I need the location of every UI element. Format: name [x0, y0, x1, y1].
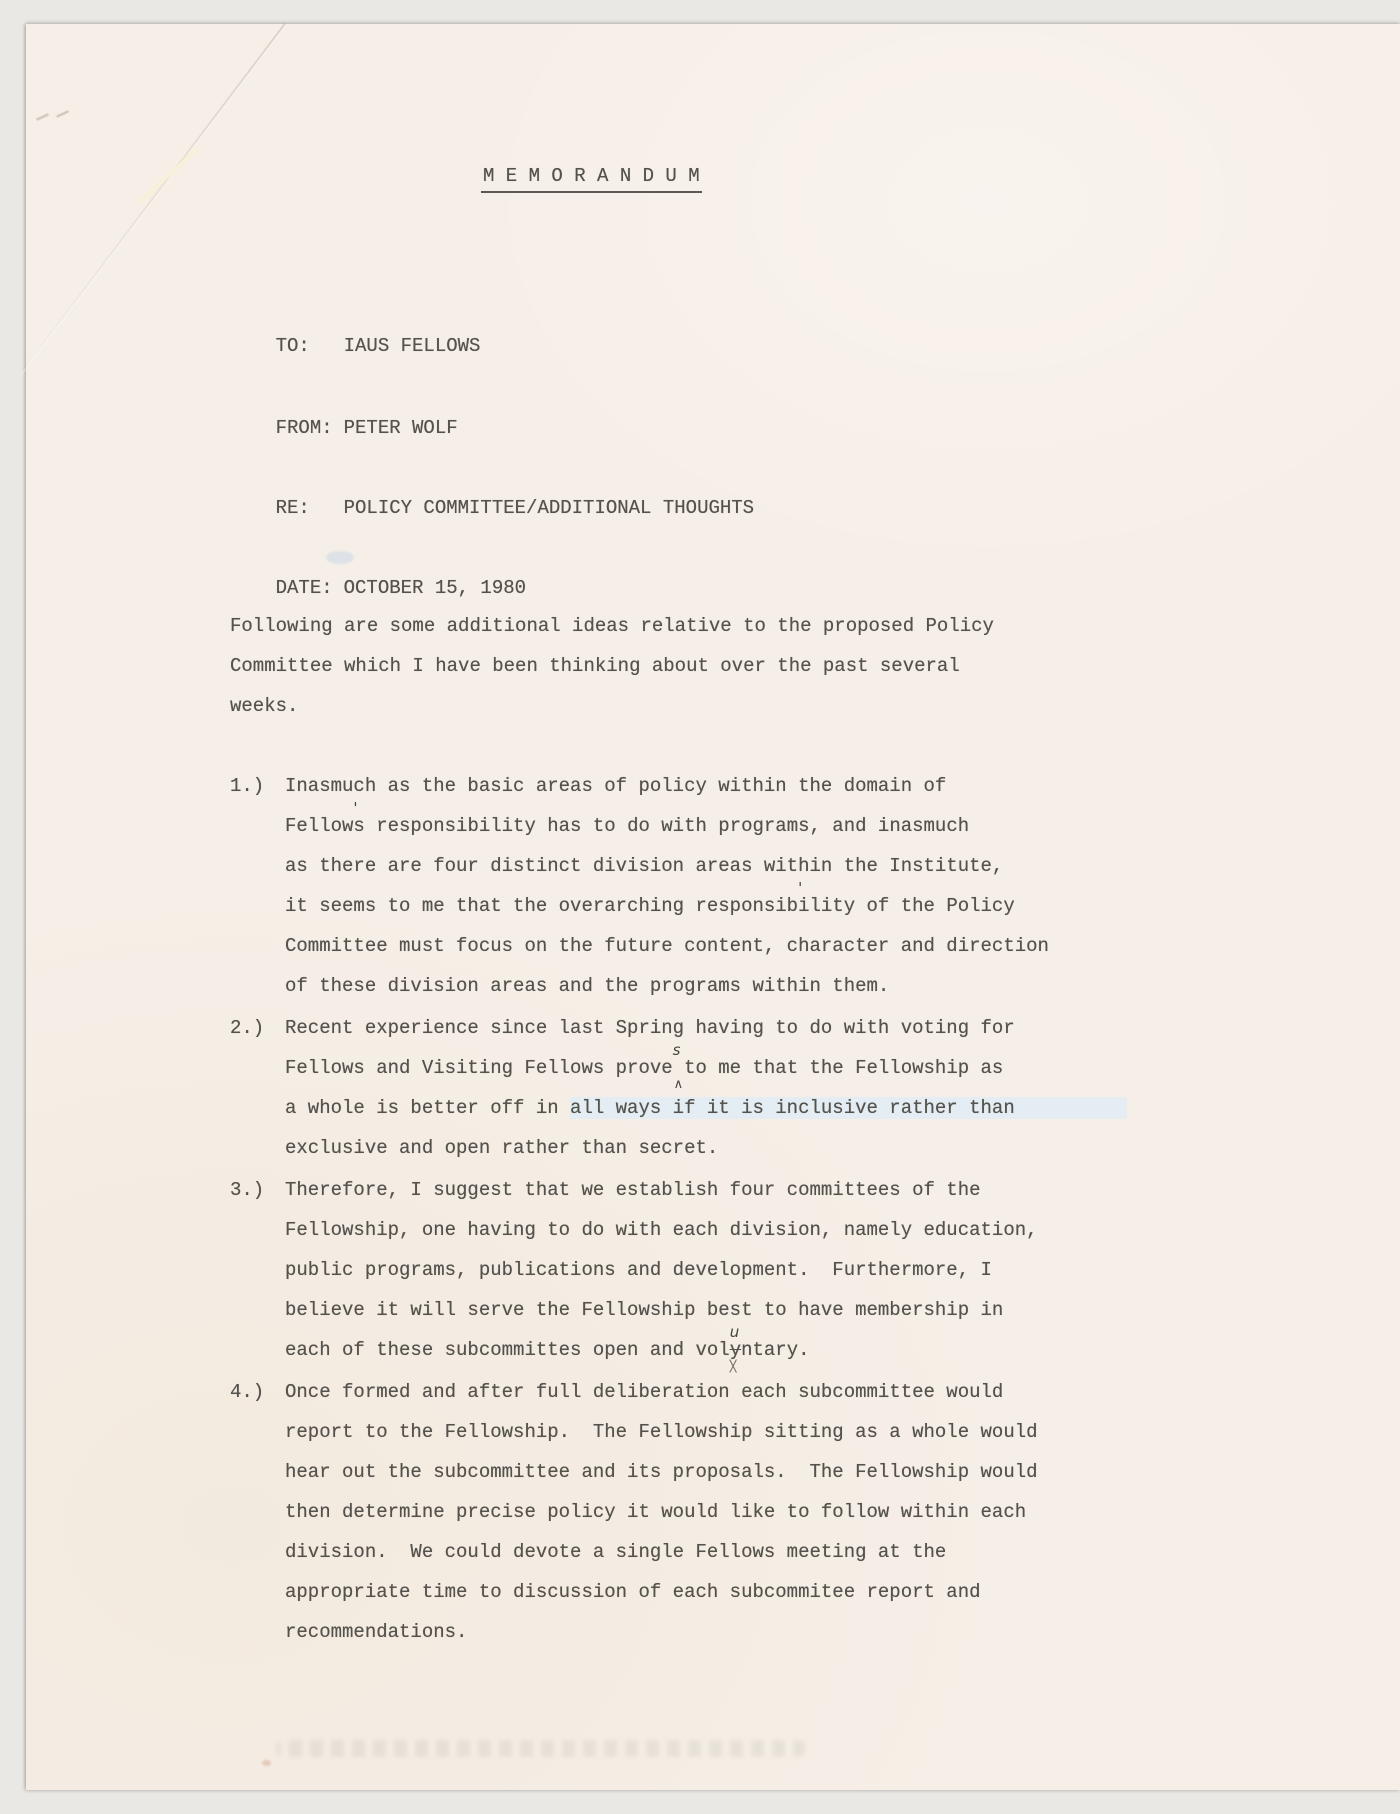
typed-text: each of these subcommittes open and vol	[285, 1339, 730, 1361]
memo-line: of these division areas and the programs…	[285, 966, 1049, 1006]
typed-text: Once formed and after full deliberation …	[285, 1381, 1003, 1403]
typed-text: recommendations.	[285, 1621, 467, 1643]
typed-text: Therefore, I suggest that we establish f…	[285, 1179, 981, 1201]
memo-line: Committee must focus on the future conte…	[285, 926, 1049, 966]
memo-line: it seems to me that the overarching resp…	[285, 886, 1049, 926]
staple-scratch-mark	[138, 146, 200, 204]
memo-line: each of these subcommittes open and voly…	[285, 1330, 1038, 1370]
memo-line: Fellowship, one having to do with each d…	[285, 1210, 1038, 1250]
typed-text: ility of the Policy'	[798, 895, 1015, 917]
typed-text: Fellow	[285, 815, 353, 837]
memo-field-date: DATE:OCTOBER 15, 1980	[230, 528, 526, 568]
typed-text: public programs, publications and develo…	[285, 1259, 992, 1281]
memo-line: Inasmuch as the basic areas of policy wi…	[285, 766, 1049, 806]
memo-line: report to the Fellowship. The Fellowship…	[285, 1412, 1038, 1452]
handwritten-caret: ∧	[674, 1077, 684, 1093]
pencil-mark	[36, 113, 49, 120]
item-number: 1.)	[230, 766, 285, 806]
handwritten-mark: '	[798, 880, 802, 896]
typed-text: it seems to me that the overarching resp…	[285, 895, 798, 917]
typed-text: report to the Fellowship. The Fellowship…	[285, 1421, 1038, 1443]
handwritten-mark: u	[730, 1324, 740, 1340]
memo-item-2: 2.)Recent experience since last Spring h…	[230, 1008, 1015, 1168]
intro-paragraph: Following are some additional ideas rela…	[230, 606, 994, 726]
memo-item-3: 3.)Therefore, I suggest that we establis…	[230, 1170, 1038, 1370]
typed-text: as there are four distinct division area…	[285, 855, 1003, 877]
memo-line: exclusive and open rather than secret.	[285, 1128, 1015, 1168]
memo-line: then determine precise policy it would l…	[285, 1492, 1038, 1532]
memo-line: believe it will serve the Fellowship bes…	[285, 1290, 1038, 1330]
scanned-memo-page: { "palette":{ "page_background":"#eae8e4…	[0, 0, 1400, 1814]
memo-field-re: RE:POLICY COMMITTEE/ADDITIONAL THOUGHTS	[230, 448, 754, 488]
memo-line: Fellows' responsibility has to do with p…	[285, 806, 1049, 846]
typed-text: to me that the Fellowship as	[684, 1057, 1003, 1079]
memo-line: a whole is better off in all ways if it …	[285, 1088, 1015, 1128]
memo-item-1: 1.)Inasmuch as the basic areas of policy…	[230, 766, 1049, 1006]
memo-line: as there are four distinct division area…	[285, 846, 1049, 886]
typed-text: responsibility has to do with programs, …	[365, 815, 969, 837]
memo-line: division. We could devote a single Fello…	[285, 1532, 1038, 1572]
bleedthrough-smudge	[276, 1740, 806, 1757]
memo-line: weeks.	[230, 686, 994, 726]
memo-line: Following are some additional ideas rela…	[230, 606, 994, 646]
typed-text: then determine precise policy it would l…	[285, 1501, 1026, 1523]
annotated-text: yu	[730, 1339, 741, 1361]
typed-text: ntary.	[741, 1339, 809, 1361]
memo-line: Fellows and Visiting Fellows prove s∧to …	[285, 1048, 1015, 1088]
memo-paper: M E M O R A N D U M TO:IAUS FELLOWS FROM…	[26, 24, 1400, 1790]
item-number: 4.)	[230, 1372, 285, 1412]
typed-text: believe it will serve the Fellowship bes…	[285, 1299, 1003, 1321]
bleedthrough-dot	[262, 1760, 271, 1766]
memo-line: Once formed and after full deliberation …	[285, 1372, 1038, 1412]
typed-text: exclusive and open rather than secret.	[285, 1137, 718, 1159]
typed-text: s∧	[673, 1057, 684, 1079]
item-number: 3.)	[230, 1170, 285, 1210]
field-label-from: FROM:	[276, 408, 344, 448]
annotated-text: all ways if it is inclusive rather than	[570, 1097, 1015, 1119]
handwritten-mark: s	[673, 1042, 681, 1058]
item-lines: Recent experience since last Spring havi…	[285, 1008, 1015, 1168]
typed-text: division. We could devote a single Fello…	[285, 1541, 946, 1563]
field-label-to: TO:	[276, 326, 344, 366]
memo-line: recommendations.	[285, 1612, 1038, 1652]
field-value-re: POLICY COMMITTEE/ADDITIONAL THOUGHTS	[344, 497, 754, 519]
typed-text: Inasmuch as the basic areas of policy wi…	[285, 775, 946, 797]
memo-field-to: TO:IAUS FELLOWS	[230, 286, 480, 326]
item-lines: Inasmuch as the basic areas of policy wi…	[285, 766, 1049, 1006]
typed-text: Committee must focus on the future conte…	[285, 935, 1049, 957]
typed-text: s'	[353, 815, 364, 837]
typed-text: hear out the subcommittee and its propos…	[285, 1461, 1038, 1483]
field-value-to: IAUS FELLOWS	[344, 335, 481, 357]
field-label-date: DATE:	[276, 568, 344, 608]
memo-field-from: FROM:PETER WOLF	[230, 368, 458, 408]
memo-title: M E M O R A N D U M	[481, 164, 702, 193]
field-value-from: PETER WOLF	[344, 417, 458, 439]
handwritten-mark: '	[353, 800, 357, 816]
typed-text: Fellows and Visiting Fellows prove	[285, 1057, 673, 1079]
item-lines: Once formed and after full deliberation …	[285, 1372, 1038, 1652]
typed-text: Fellowship, one having to do with each d…	[285, 1219, 1038, 1241]
field-value-date: OCTOBER 15, 1980	[344, 577, 526, 599]
pencil-mark	[56, 110, 69, 117]
typed-text: of these division areas and the programs…	[285, 975, 889, 997]
memo-line: Therefore, I suggest that we establish f…	[285, 1170, 1038, 1210]
field-label-re: RE:	[276, 488, 344, 528]
typed-text: Recent experience since last Spring havi…	[285, 1017, 1015, 1039]
memo-line: Committee which I have been thinking abo…	[230, 646, 994, 686]
memo-line: hear out the subcommittee and its propos…	[285, 1452, 1038, 1492]
item-number: 2.)	[230, 1008, 285, 1048]
memo-item-4: 4.)Once formed and after full deliberati…	[230, 1372, 1038, 1652]
memo-line: appropriate time to discussion of each s…	[285, 1572, 1038, 1612]
memo-line: Recent experience since last Spring havi…	[285, 1008, 1015, 1048]
item-lines: Therefore, I suggest that we establish f…	[285, 1170, 1038, 1370]
typed-text: appropriate time to discussion of each s…	[285, 1581, 981, 1603]
memo-line: public programs, publications and develo…	[285, 1250, 1038, 1290]
typed-text: a whole is better off in	[285, 1097, 570, 1119]
